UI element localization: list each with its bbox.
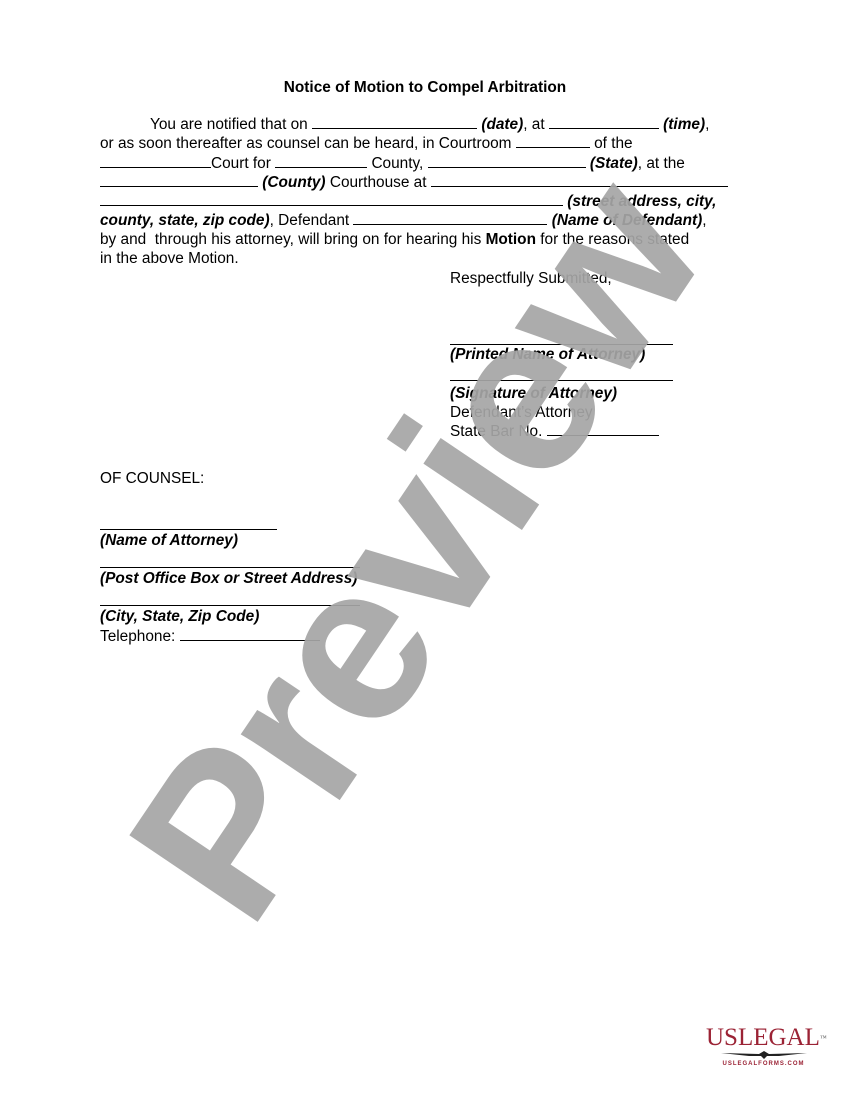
state-blank (428, 154, 586, 168)
document-page: Notice of Motion to Compel Arbitration Y… (0, 0, 850, 1100)
body-line-7: by and through his attorney, will bring … (100, 230, 689, 249)
signature-line (450, 380, 673, 381)
body-line-4: (County) Courthouse at (100, 173, 728, 192)
city-label: (City, State, Zip Code) (100, 607, 259, 626)
body-line-6: county, state, zip code), Defendant (Nam… (100, 211, 707, 230)
county-blank (275, 154, 367, 168)
telephone-blank (180, 627, 320, 641)
attorney-name-label: (Name of Attorney) (100, 531, 238, 550)
address-label: (Post Office Box or Street Address) (100, 569, 357, 588)
date-blank (312, 115, 477, 129)
body-line-2: or as soon thereafter as counsel can be … (100, 134, 633, 153)
closing-text: Respectfully Submitted, (450, 269, 612, 288)
printed-name-label: (Printed Name of Attorney) (450, 345, 645, 364)
city-line (100, 605, 360, 606)
uslegal-logo: USLEGAL™ USLEGALFORMS.COM (706, 1026, 821, 1068)
address-line (100, 567, 360, 568)
time-blank (549, 115, 659, 129)
defendant-name-blank (353, 211, 547, 225)
street-address-blank-1 (431, 173, 728, 187)
logo-url: USLEGALFORMS.COM (706, 1060, 821, 1068)
bar-number-row: State Bar No. (450, 422, 659, 441)
of-counsel-heading: OF COUNSEL: (100, 469, 204, 488)
court-blank (100, 154, 211, 168)
street-address-blank-2 (100, 192, 563, 206)
role-text: Defendant’s Attorney (450, 403, 593, 422)
body-line-5: (street address, city, (100, 192, 716, 211)
logo-wordmark: USLEGAL™ (706, 1026, 821, 1050)
courtroom-blank (516, 134, 590, 148)
eagle-icon (719, 1050, 809, 1060)
county-courthouse-blank (100, 173, 258, 187)
telephone-row: Telephone: (100, 627, 320, 646)
body-line-3: Court for County, (State), at the (100, 154, 685, 173)
body-line-1: You are notified that on (date), at (tim… (100, 115, 709, 134)
body-line-8: in the above Motion. (100, 249, 239, 268)
bar-number-blank (547, 422, 659, 436)
document-title: Notice of Motion to Compel Arbitration (0, 79, 850, 97)
attorney-name-line (100, 529, 277, 530)
signature-label: (Signature of Attorney) (450, 384, 617, 403)
